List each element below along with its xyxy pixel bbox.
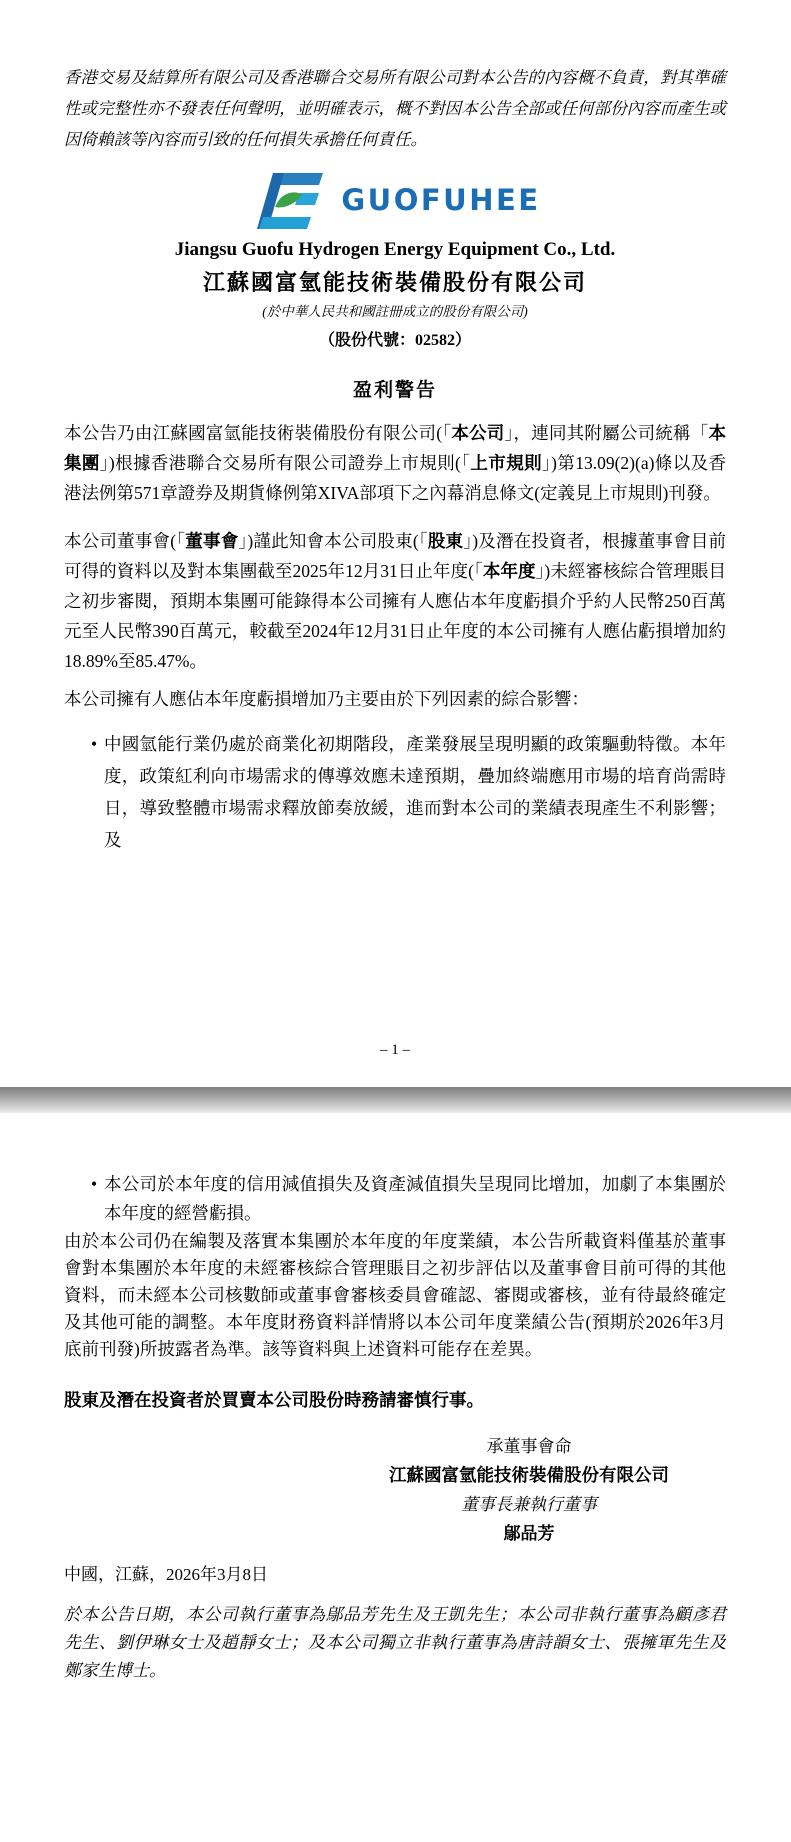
- signature-company-name: 江蘇國富氫能技術裝備股份有限公司: [359, 1461, 699, 1490]
- page-divider: [0, 1087, 791, 1113]
- bullet-text: 中國氫能行業仍處於商業化初期階段，產業發展呈現明顯的政策驅動特徵。本年度，政策紅…: [104, 728, 726, 856]
- paragraph-profit-warning-figures: 本公司董事會(「董事會」)謹此知會本公司股東(「股東」)及潛在投資者，根據董事會…: [64, 526, 726, 676]
- bullet-marker: •: [64, 1170, 104, 1228]
- guofuhee-wordmark: GUOFUHEE: [341, 183, 540, 217]
- bullet-item-impairment-factor: • 本公司於本年度的信用減值損失及資產減值損失呈現同比增加，加劇了本集團於本年度…: [64, 1170, 726, 1228]
- incorporation-note: (於中華人民共和國註冊成立的股份有限公司): [64, 300, 726, 320]
- announcement-document: { "document": { "disclaimer": "香港交易及結算所有…: [0, 0, 791, 1842]
- dateline: 中國，江蘇，2026年3月8日: [64, 1560, 726, 1585]
- guofuhee-logo-icon: [249, 171, 325, 229]
- bullet-text: 本公司於本年度的信用減值損失及資產減值損失呈現同比增加，加劇了本集團於本年度的經…: [104, 1170, 726, 1228]
- page-2: • 本公司於本年度的信用減值損失及資產減值損失呈現同比增加，加劇了本集團於本年度…: [0, 1113, 791, 1842]
- company-name-english: Jiangsu Guofu Hydrogen Energy Equipment …: [64, 239, 726, 261]
- page-1: 香港交易及結算所有限公司及香港聯合交易所有限公司對本公告的內容概不負責，對其準確…: [0, 0, 791, 1059]
- paragraph-unaudited-caveat: 由於本公司仍在編製及落實本集團於本年度的年度業績，本公告所載資料僅基於董事會對本…: [64, 1228, 726, 1363]
- by-order-of-board: 承董事會命: [359, 1432, 699, 1461]
- paragraph-listing-rules: 本公告乃由江蘇國富氫能技術裝備股份有限公司(「本公司」，連同其附屬公司統稱「本集…: [64, 418, 726, 508]
- exchange-disclaimer: 香港交易及結算所有限公司及香港聯合交易所有限公司對本公告的內容概不負責，對其準確…: [64, 62, 726, 155]
- bullet-item-industry-factor: • 中國氫能行業仍處於商業化初期階段，產業發展呈現明顯的政策驅動特徵。本年度，政…: [64, 728, 726, 856]
- page-number: – 1 –: [64, 1042, 726, 1059]
- directors-note: 於本公告日期，本公司執行董事為鄔品芳先生及王凱先生；本公司非執行董事為顧彥君先生…: [64, 1601, 726, 1685]
- signature-block: 承董事會命 江蘇國富氫能技術裝備股份有限公司 董事長兼執行董事 鄔品芳: [359, 1432, 699, 1548]
- stock-code: （股份代號：02582）: [64, 327, 726, 350]
- investor-caution-statement: 股東及潛在投資者於買賣本公司股份時務請審慎行事。: [64, 1387, 726, 1414]
- signatory-title: 董事長兼執行董事: [359, 1490, 699, 1519]
- signatory-name: 鄔品芳: [359, 1519, 699, 1548]
- document-title: 盈利警告: [64, 375, 726, 402]
- company-name-chinese: 江蘇國富氫能技術裝備股份有限公司: [64, 266, 726, 297]
- company-logo: GUOFUHEE: [64, 171, 726, 229]
- paragraph-factors-intro: 本公司擁有人應佔本年度虧損增加乃主要由於下列因素的綜合影響：: [64, 684, 726, 714]
- bullet-marker: •: [64, 728, 104, 856]
